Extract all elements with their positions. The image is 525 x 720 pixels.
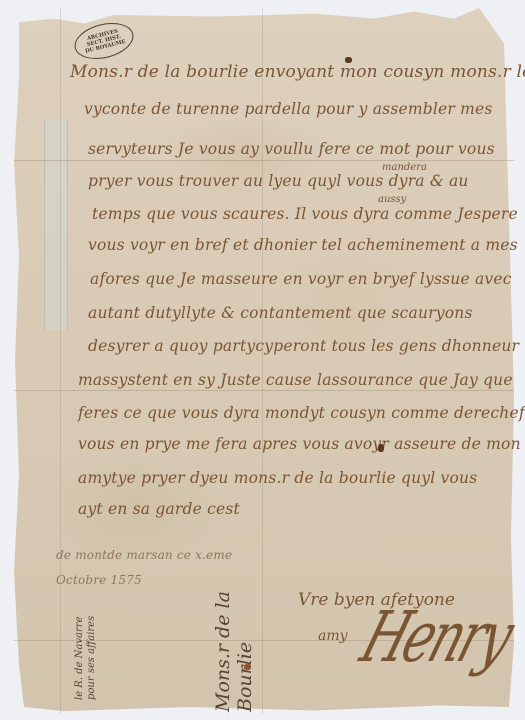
paper-repair-strip: [44, 120, 68, 330]
body-line: servyteurs Je vous ay voullu fere ce mot…: [88, 140, 495, 158]
interlinear-insertion: aussy: [378, 194, 406, 205]
body-line: vous en prye me fera apres vous avoyr as…: [78, 435, 521, 453]
fold-line: [60, 8, 61, 714]
dateline-date: Octobre 1575: [56, 573, 142, 587]
body-line: vyconte de turenne pardella pour y assem…: [84, 100, 493, 118]
body-line: amytye pryer dyeu mons.r de la bourlie q…: [78, 469, 477, 487]
body-line: autant dutyllyte & contantement que scau…: [88, 304, 473, 322]
body-line: desyrer a quoy partycyperont tous les ge…: [88, 337, 525, 355]
body-line: Mons.r de la bourlie envoyant mon cousyn…: [70, 62, 525, 82]
fold-line: [14, 160, 514, 161]
ink-blot: [378, 444, 384, 452]
closing-amy: amy: [318, 628, 348, 644]
body-line: afores que Je masseure en voyr en bryef …: [90, 270, 512, 288]
dateline-place: de montde marsan ce x.eme: [56, 548, 232, 562]
endorsement-address: Mons.r de la Bourlie: [212, 591, 256, 712]
fold-line: [14, 390, 514, 391]
ink-blot: [345, 57, 352, 63]
endorsement-left: le R. de Navarre pour ses affaires: [74, 616, 98, 700]
body-line: temps que vous scaures. Il vous dyra com…: [92, 205, 518, 223]
body-line: feres ce que vous dyra mondyt cousyn com…: [78, 404, 525, 422]
body-line: ayt en sa garde cest: [78, 500, 240, 518]
signature-henry: Henry: [352, 597, 521, 678]
body-line: massystent en sy Juste cause lassourance…: [78, 371, 513, 389]
body-line: pryer vous trouver au lyeu quyl vous dyr…: [88, 172, 469, 190]
body-line: vous voyr en bref et dhonier tel achemin…: [88, 236, 518, 254]
